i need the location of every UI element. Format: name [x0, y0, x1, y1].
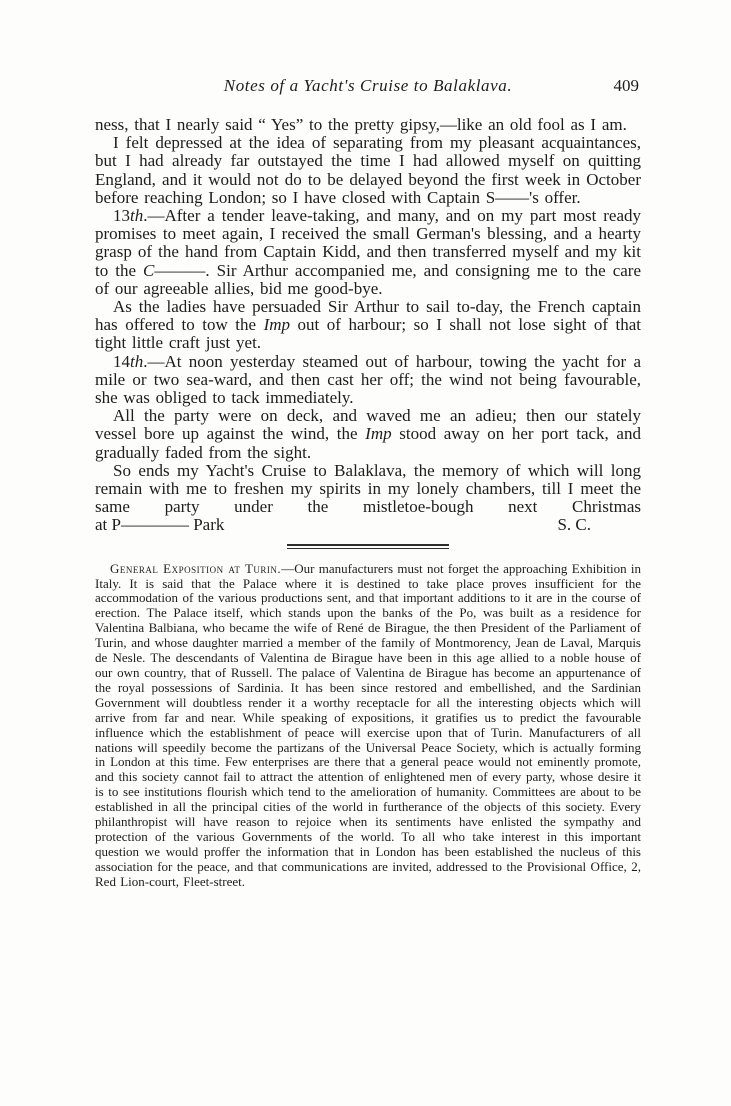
page-number: 409 — [614, 76, 640, 95]
scanned-book-page: Notes of a Yacht's Cruise to Balaklava. … — [0, 0, 731, 1106]
article-paragraphs: ness, that I nearly said “ Yes” to the p… — [95, 116, 641, 516]
text-segment: I felt depressed at the idea of separati… — [95, 133, 641, 207]
article-paragraph: As the ladies have persuaded Sir Arthur … — [95, 298, 641, 353]
note-heading: General Exposition at Turin. — [110, 561, 281, 576]
italic-text-segment: C — [143, 261, 154, 280]
text-column: Notes of a Yacht's Cruise to Balaklava. … — [95, 76, 641, 890]
italic-text-segment: th — [130, 206, 143, 225]
news-note: General Exposition at Turin.—Our manufac… — [95, 562, 641, 890]
running-header: Notes of a Yacht's Cruise to Balaklava. … — [95, 76, 641, 95]
page-header-title: Notes of a Yacht's Cruise to Balaklava. — [95, 76, 641, 95]
signature-row: at P———— Park S. C. — [95, 516, 641, 534]
text-segment: .—At noon yesterday steamed out of harbo… — [95, 352, 641, 407]
text-segment: 14 — [113, 352, 130, 371]
article-paragraph: 13th.—After a tender leave-taking, and m… — [95, 207, 641, 298]
italic-text-segment: th — [130, 352, 143, 371]
closing-line: at P———— Park — [95, 516, 224, 534]
note-body: —Our manufacturers must not forget the a… — [95, 561, 641, 889]
article-paragraph: All the party were on deck, and waved me… — [95, 407, 641, 462]
text-segment: ———. Sir Arthur accompanied me, and cons… — [95, 261, 641, 298]
author-signature: S. C. — [557, 516, 591, 534]
article-paragraph: ness, that I nearly said “ Yes” to the p… — [95, 116, 641, 134]
section-divider-rule — [287, 544, 449, 549]
text-segment: So ends my Yacht's Cruise to Balaklava, … — [95, 461, 641, 516]
article-paragraph: 14th.—At noon yesterday steamed out of h… — [95, 353, 641, 408]
italic-text-segment: Imp — [264, 315, 290, 334]
text-segment: ness, that I nearly said “ Yes” to the p… — [95, 115, 627, 134]
text-segment: 13 — [113, 206, 130, 225]
article-paragraph: I felt depressed at the idea of separati… — [95, 134, 641, 207]
italic-text-segment: Imp — [365, 424, 391, 443]
article-paragraph: So ends my Yacht's Cruise to Balaklava, … — [95, 462, 641, 517]
